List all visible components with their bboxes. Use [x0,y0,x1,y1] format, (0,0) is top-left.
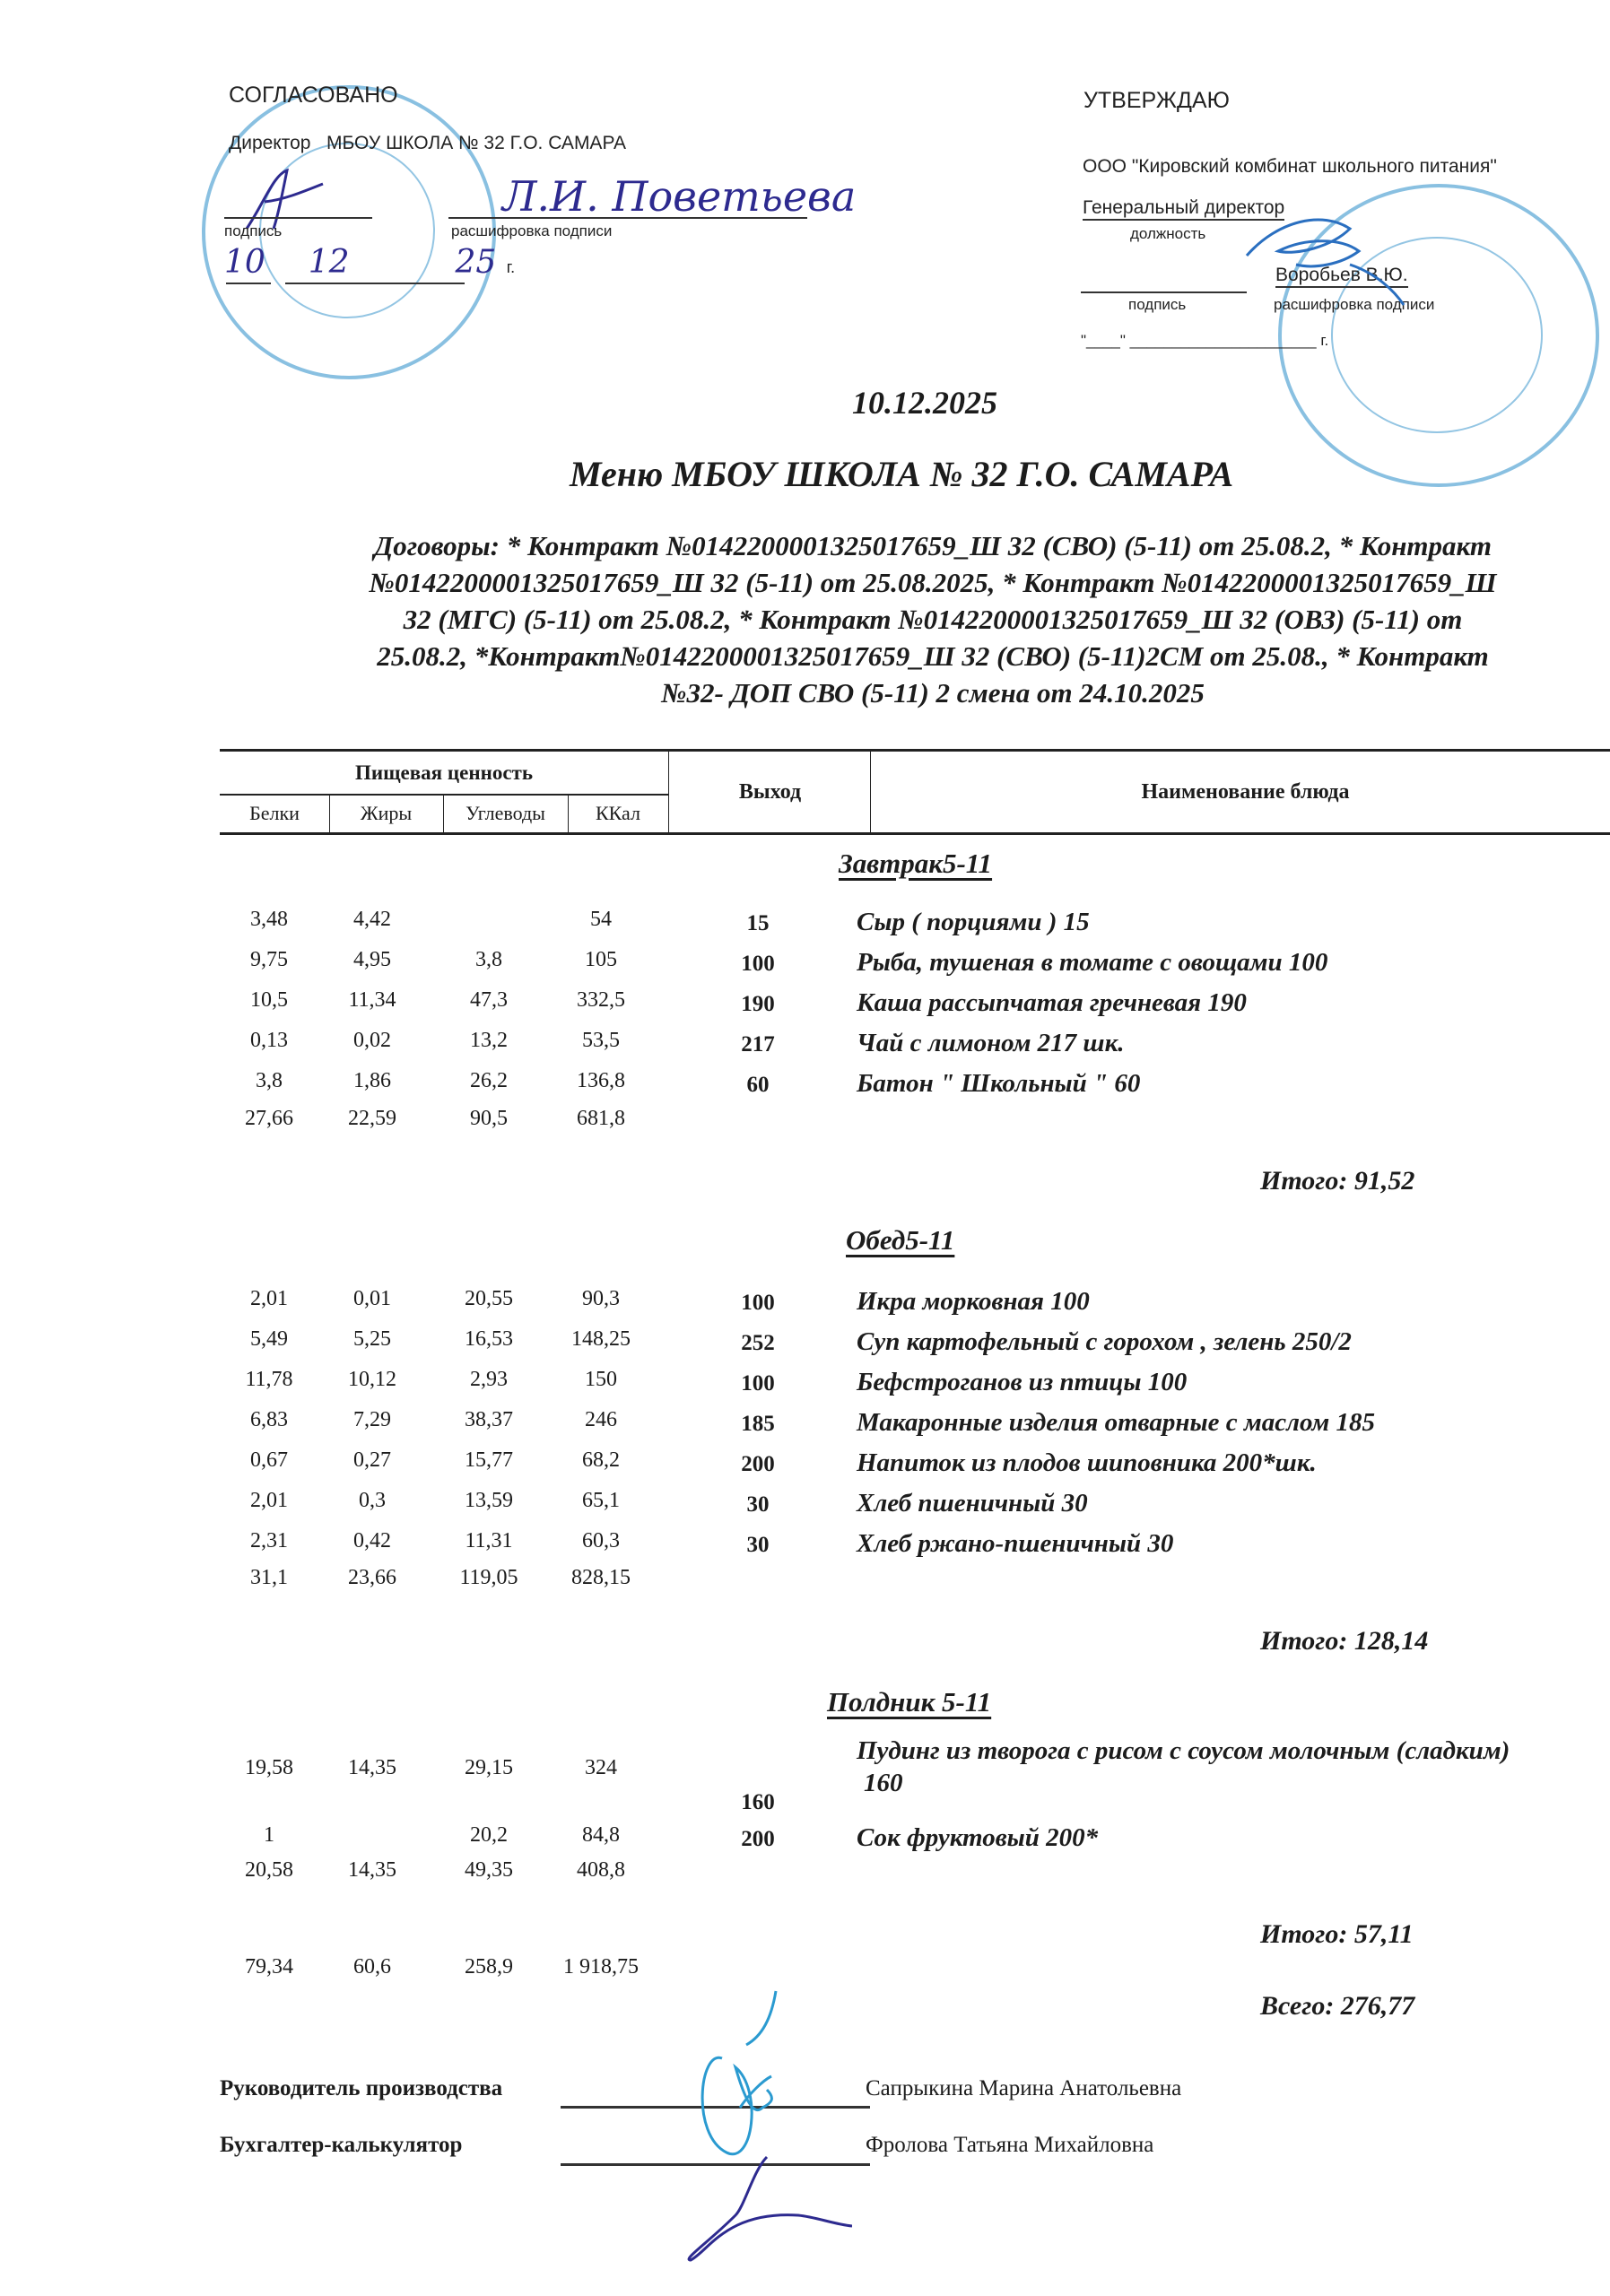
table-row: 9,754,953,8105100Рыба, тушеная в томате … [220,948,1610,987]
table-row: 3,81,8626,2136,860Батон " Школьный " 60 [220,1069,1610,1109]
nutrition-fat: 0,3 [323,1489,422,1513]
signature-name-accountant: Фролова Татьяна Михайловна [866,2133,1153,2158]
signature-caption-right: подпись [1128,296,1186,314]
grand-total: Всего: 276,77 [1260,1991,1414,2022]
date-day: 10 [224,244,265,281]
table-row: 0,130,0213,253,5217Чай с лимоном 217 шк. [220,1029,1610,1068]
nutrition-kcal: 54 [552,908,650,932]
nutrition-carbs: 38,37 [439,1408,538,1432]
nutrition-carbs: 16,53 [439,1327,538,1352]
col-fat: Жиры [329,794,444,832]
nutrition-fat: 10,12 [323,1368,422,1392]
nutrition-kcal: 148,25 [552,1327,650,1352]
director-position: Директор МБОУ ШКОЛА № 32 Г.О. САМАРА [229,133,626,154]
subtotal-fat: 23,66 [323,1566,422,1590]
subtotal-fat: 22,59 [323,1107,422,1131]
nutrition-protein: 6,83 [220,1408,318,1432]
section-total: Итого: 91,52 [1260,1166,1414,1196]
grand-protein: 79,34 [220,1955,318,1979]
nutrition-kcal: 105 [552,948,650,972]
table-row: 3,484,425415Сыр ( порциями ) 15 [220,908,1610,947]
section-total: Итого: 128,14 [1260,1626,1428,1657]
dish-name: Рыба, тушеная в томате с овощами 100 [857,948,1327,978]
subtotal-protein: 31,1 [220,1566,318,1590]
nutrition-carbs: 20,55 [439,1287,538,1311]
date-year: 25 [455,244,496,281]
nutrition-protein: 3,8 [220,1069,318,1093]
nutrition-fat: 4,42 [323,908,422,932]
decode-caption-left: расшифровка подписи [451,222,612,240]
nutrition-fat: 11,34 [323,988,422,1013]
dish-output: 190 [713,992,803,1017]
nutrition-kcal: 136,8 [552,1069,650,1093]
nutrition-protein: 2,01 [220,1489,318,1513]
nutrition-protein: 1 [220,1823,318,1848]
table-row: 120,284,8200Сок фруктовый 200* [220,1823,1610,1863]
dish-output: 100 [713,1371,803,1396]
grand-carbs: 258,9 [439,1955,538,1979]
table-row: 5,495,2516,53148,25252Суп картофельный с… [220,1327,1610,1367]
dish-name: Батон " Школьный " 60 [857,1069,1140,1099]
subtotal-protein: 20,58 [220,1858,318,1883]
nutrition-kcal: 332,5 [552,988,650,1013]
nutrition-kcal: 65,1 [552,1489,650,1513]
nutrition-protein: 2,01 [220,1287,318,1311]
section-subtotal: 31,123,66119,05828,15 [220,1566,1610,1605]
nutrition-protein: 2,31 [220,1529,318,1553]
dish-output: 100 [713,952,803,977]
nutrition-protein: 19,58 [220,1756,318,1780]
subtotal-kcal: 681,8 [552,1107,650,1131]
nutrition-carbs: 13,2 [439,1029,538,1053]
dish-output: 200 [713,1827,803,1852]
nutrition-fat: 0,27 [323,1448,422,1473]
nutrition-protein: 10,5 [220,988,318,1013]
table-row: 2,010,0120,5590,3100Икра морковная 100 [220,1287,1610,1326]
contract-line: Договоры: * Контракт №014220000132501765… [206,527,1610,564]
col-output: Выход [668,752,871,832]
nutrition-carbs: 29,15 [439,1756,538,1780]
nutrition-protein: 0,13 [220,1029,318,1053]
dish-name: Каша рассыпчатая гречневая 190 [857,988,1247,1018]
subtotal-carbs: 90,5 [439,1107,538,1131]
grand-kcal: 1 918,75 [552,1955,650,1979]
nutrition-group-header: Пищевая ценность [220,752,668,796]
nutrition-kcal: 150 [552,1368,650,1392]
nutrition-protein: 11,78 [220,1368,318,1392]
nutrition-kcal: 60,3 [552,1529,650,1553]
section-title: Полдник 5-11 [827,1686,991,1718]
dish-name: Макаронные изделия отварные с маслом 185 [857,1408,1375,1438]
nutrition-carbs: 3,8 [439,948,538,972]
subtotal-protein: 27,66 [220,1107,318,1131]
dish-name: Сок фруктовый 200* [857,1823,1098,1853]
nutrition-fat: 0,01 [323,1287,422,1311]
section-subtotal: 20,5814,3549,35408,8 [220,1858,1610,1898]
col-kcal: ККал [568,794,668,832]
director-handwritten-name: Л.И. Повeтьева [502,172,856,221]
dish-name: Сыр ( порциями ) 15 [857,908,1090,937]
signature-name-production: Сапрыкина Марина Анатольевна [866,2076,1181,2101]
approved-heading: СОГЛАСОВАНО [229,83,398,109]
signature-role-accountant: Бухгалтер-калькулятор [220,2133,462,2158]
signature-role-production: Руководитель производства [220,2076,502,2101]
subtotal-fat: 14,35 [323,1858,422,1883]
contract-line: №32- ДОП СВО (5-11) 2 смена от 24.10.202… [206,674,1610,711]
company-name: ООО "Кировский комбинат школьного питани… [1083,156,1497,178]
nutrition-kcal: 246 [552,1408,650,1432]
table-row: 0,670,2715,7768,2200Напиток из плодов ши… [220,1448,1610,1488]
nutrition-fat: 5,25 [323,1327,422,1352]
dish-name: Чай с лимоном 217 шк. [857,1029,1125,1058]
nutrition-fat: 14,35 [323,1756,422,1780]
subtotal-kcal: 828,15 [552,1566,650,1590]
nutrition-fat: 1,86 [323,1069,422,1093]
subtotal-kcal: 408,8 [552,1858,650,1883]
production-manager-signature-icon [673,1973,852,2278]
contract-line: 32 (МГС) (5-11) от 25.08.2, * Контракт №… [206,601,1610,638]
nutrition-protein: 0,67 [220,1448,318,1473]
nutrition-fat: 0,02 [323,1029,422,1053]
subtotal-carbs: 49,35 [439,1858,538,1883]
dish-output: 252 [713,1331,803,1356]
dish-output: 60 [713,1073,803,1098]
date-month: 12 [309,244,350,281]
signature-caption-left: подпись [224,222,282,240]
nutrition-kcal: 53,5 [552,1029,650,1053]
nutrition-kcal: 90,3 [552,1287,650,1311]
nutrition-carbs: 26,2 [439,1069,538,1093]
position-caption: должность [1130,225,1205,243]
nutrition-kcal: 324 [552,1756,650,1780]
dish-output: 160 [713,1790,803,1815]
general-director-signature-icon [1242,202,1413,309]
nutrition-fat: 0,42 [323,1529,422,1553]
approve-heading: УТВЕРЖДАЮ [1083,88,1230,114]
menu-title: Меню МБОУ ШКОЛА № 32 Г.О. САМАРА [570,453,1233,495]
section-title: Завтрак5-11 [839,848,992,880]
dish-output: 100 [713,1291,803,1316]
nutrition-protein: 5,49 [220,1327,318,1352]
dish-name: Хлеб пшеничный 30 [857,1489,1088,1518]
nutrition-protein: 9,75 [220,948,318,972]
year-suffix: г. [507,258,515,276]
dish-name: Напиток из плодов шиповника 200*шк. [857,1448,1317,1478]
table-row: 19,5814,3529,15324160Пудинг из творога с… [220,1756,1610,1796]
nutrition-carbs: 20,2 [439,1823,538,1848]
nutrition-carbs: 47,3 [439,988,538,1013]
nutrition-carbs: 11,31 [439,1529,538,1553]
nutrition-carbs: 15,77 [439,1448,538,1473]
col-protein: Белки [220,794,330,832]
dish-name-continued: 160 [864,1769,903,1798]
section-total: Итого: 57,11 [1260,1919,1414,1950]
approval-date-left: 10 12 25 г. [224,244,515,281]
contract-line: 25.08.2, *Контракт№0142200001325017659_Ш… [206,638,1610,674]
dish-output: 185 [713,1412,803,1437]
contract-line: №0142200001325017659_Ш 32 (5-11) от 25.0… [206,564,1610,601]
nutrition-protein: 3,48 [220,908,318,932]
contracts-block: Договоры: * Контракт №014220000132501765… [206,527,1610,711]
dish-output: 15 [713,911,803,936]
section-subtotal: 27,6622,5990,5681,8 [220,1107,1610,1146]
nutrition-kcal: 84,8 [552,1823,650,1848]
grand-total-nutrition: 79,34 60,6 258,9 1 918,75 [220,1955,1610,1995]
table-header: Пищевая ценность Белки Жиры Углеводы ККа… [220,749,1610,835]
dish-name: Пудинг из творога с рисом с соусом молоч… [857,1736,1510,1766]
grand-fat: 60,6 [323,1955,422,1979]
dish-name: Бефстроганов из птицы 100 [857,1368,1187,1397]
nutrition-fat: 7,29 [323,1408,422,1432]
approval-date-right: "____" ______________________ г. [1081,332,1328,350]
dish-name: Икра морковная 100 [857,1287,1090,1317]
table-row: 2,310,4211,3160,330Хлеб ржано-пшеничный … [220,1529,1610,1569]
dish-output: 200 [713,1452,803,1477]
dish-output: 30 [713,1533,803,1558]
subtotal-carbs: 119,05 [439,1566,538,1590]
nutrition-carbs: 2,93 [439,1368,538,1392]
col-dish: Наименование блюда [870,752,1610,832]
dish-name: Хлеб ржано-пшеничный 30 [857,1529,1173,1559]
col-carbs: Углеводы [443,794,569,832]
table-row: 6,837,2938,37246185Макаронные изделия от… [220,1408,1610,1448]
dish-name: Суп картофельный с горохом , зелень 250/… [857,1327,1352,1357]
nutrition-kcal: 68,2 [552,1448,650,1473]
dish-output: 217 [713,1032,803,1057]
nutrition-fat: 4,95 [323,948,422,972]
nutrition-carbs: 13,59 [439,1489,538,1513]
section-title: Обед5-11 [846,1224,954,1257]
menu-date: 10.12.2025 [852,384,997,422]
table-row: 11,7810,122,93150100Бефстроганов из птиц… [220,1368,1610,1407]
table-row: 10,511,3447,3332,5190Каша рассыпчатая гр… [220,988,1610,1028]
dish-output: 30 [713,1492,803,1518]
table-row: 2,010,313,5965,130Хлеб пшеничный 30 [220,1489,1610,1528]
